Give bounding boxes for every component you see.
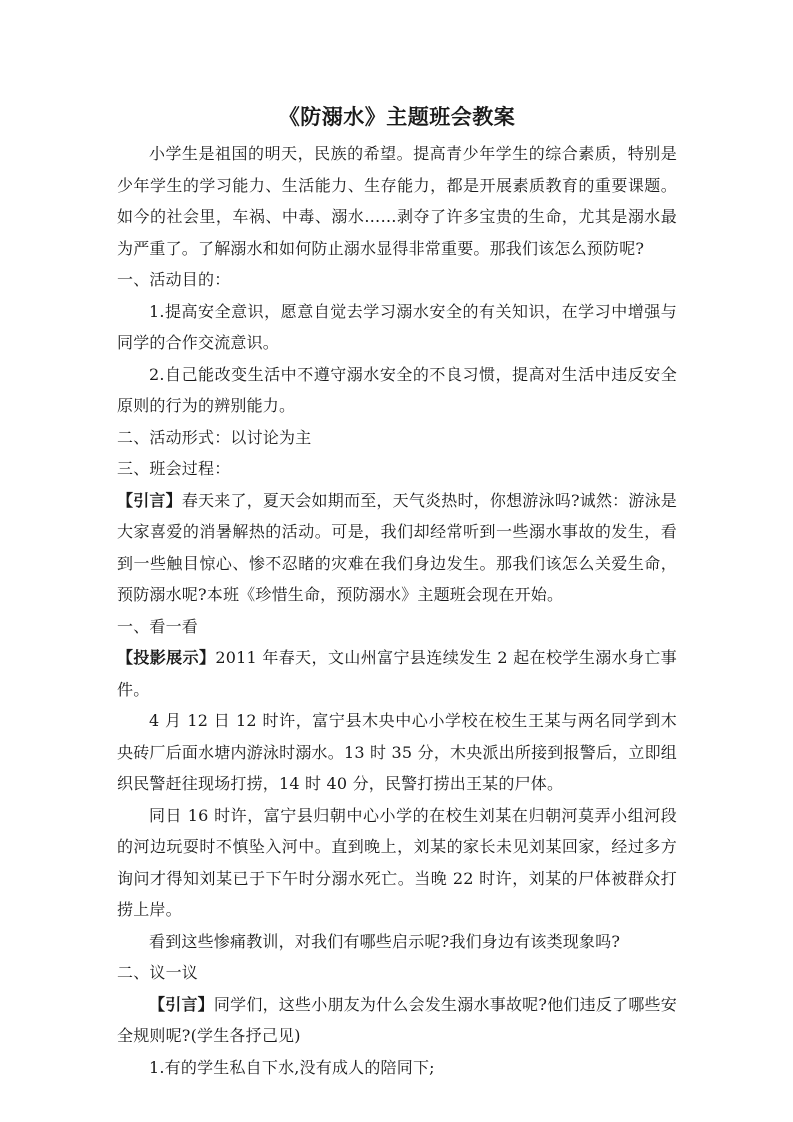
incident-paragraph-2: 同日 16 时许，富宁县归朝中心小学的在校生刘某在归朝河莫弄小组河段的河边玩耍时… — [117, 800, 677, 926]
section-heading-process: 三、班会过程： — [117, 453, 677, 485]
section-heading-objectives: 一、活动目的： — [117, 264, 677, 296]
objective-item-1: 1.提高安全意识，愿意自觉去学习溺水安全的有关知识，在学习中增强与同学的合作交流… — [117, 296, 677, 359]
reflection-paragraph: 看到这些惨痛教训，对我们有哪些启示呢?我们身边有该类现象吗? — [117, 926, 677, 958]
document-page: 《防溺水》主题班会教案 小学生是祖国的明天，民族的希望。提高青少年学生的综合素质… — [117, 102, 677, 1083]
section-heading-format: 二、活动形式：以讨论为主 — [117, 422, 677, 454]
bracket-label-projection: 【投影展示】 — [117, 648, 215, 667]
projection-paragraph: 【投影展示】2011 年春天，文山州富宁县连续发生 2 起在校学生溺水身亡事件。 — [117, 642, 677, 705]
bracket-label-intro: 【引言】 — [117, 491, 182, 510]
introduction-paragraph: 【引言】春天来了，夏天会如期而至，天气炎热时，你想游泳吗?诚然：游泳是大家喜爱的… — [117, 485, 677, 611]
document-title: 《防溺水》主题班会教案 — [117, 102, 677, 132]
incident-paragraph-1: 4 月 12 日 12 时许，富宁县木央中心小学校在校生王某与两名同学到木央砖厂… — [117, 705, 677, 800]
intro-paragraph: 小学生是祖国的明天，民族的希望。提高青少年学生的综合素质，特别是少年学生的学习能… — [117, 138, 677, 264]
objective-item-2: 2.自己能改变生活中不遵守溺水安全的不良习惯，提高对生活中违反安全原则的行为的辨… — [117, 359, 677, 422]
introduction-text: 春天来了，夏天会如期而至，天气炎热时，你想游泳吗?诚然：游泳是大家喜爱的消暑解热… — [117, 491, 677, 605]
bracket-label-discussion: 【引言】 — [149, 995, 214, 1014]
subsection-heading-discuss: 二、议一议 — [117, 957, 677, 989]
discussion-intro-paragraph: 【引言】同学们，这些小朋友为什么会发生溺水事故呢?他们违反了哪些安全规则呢?(学… — [117, 989, 677, 1052]
discussion-item-1: 1.有的学生私自下水,没有成人的陪同下; — [117, 1052, 677, 1084]
subsection-heading-look: 一、看一看 — [117, 611, 677, 643]
